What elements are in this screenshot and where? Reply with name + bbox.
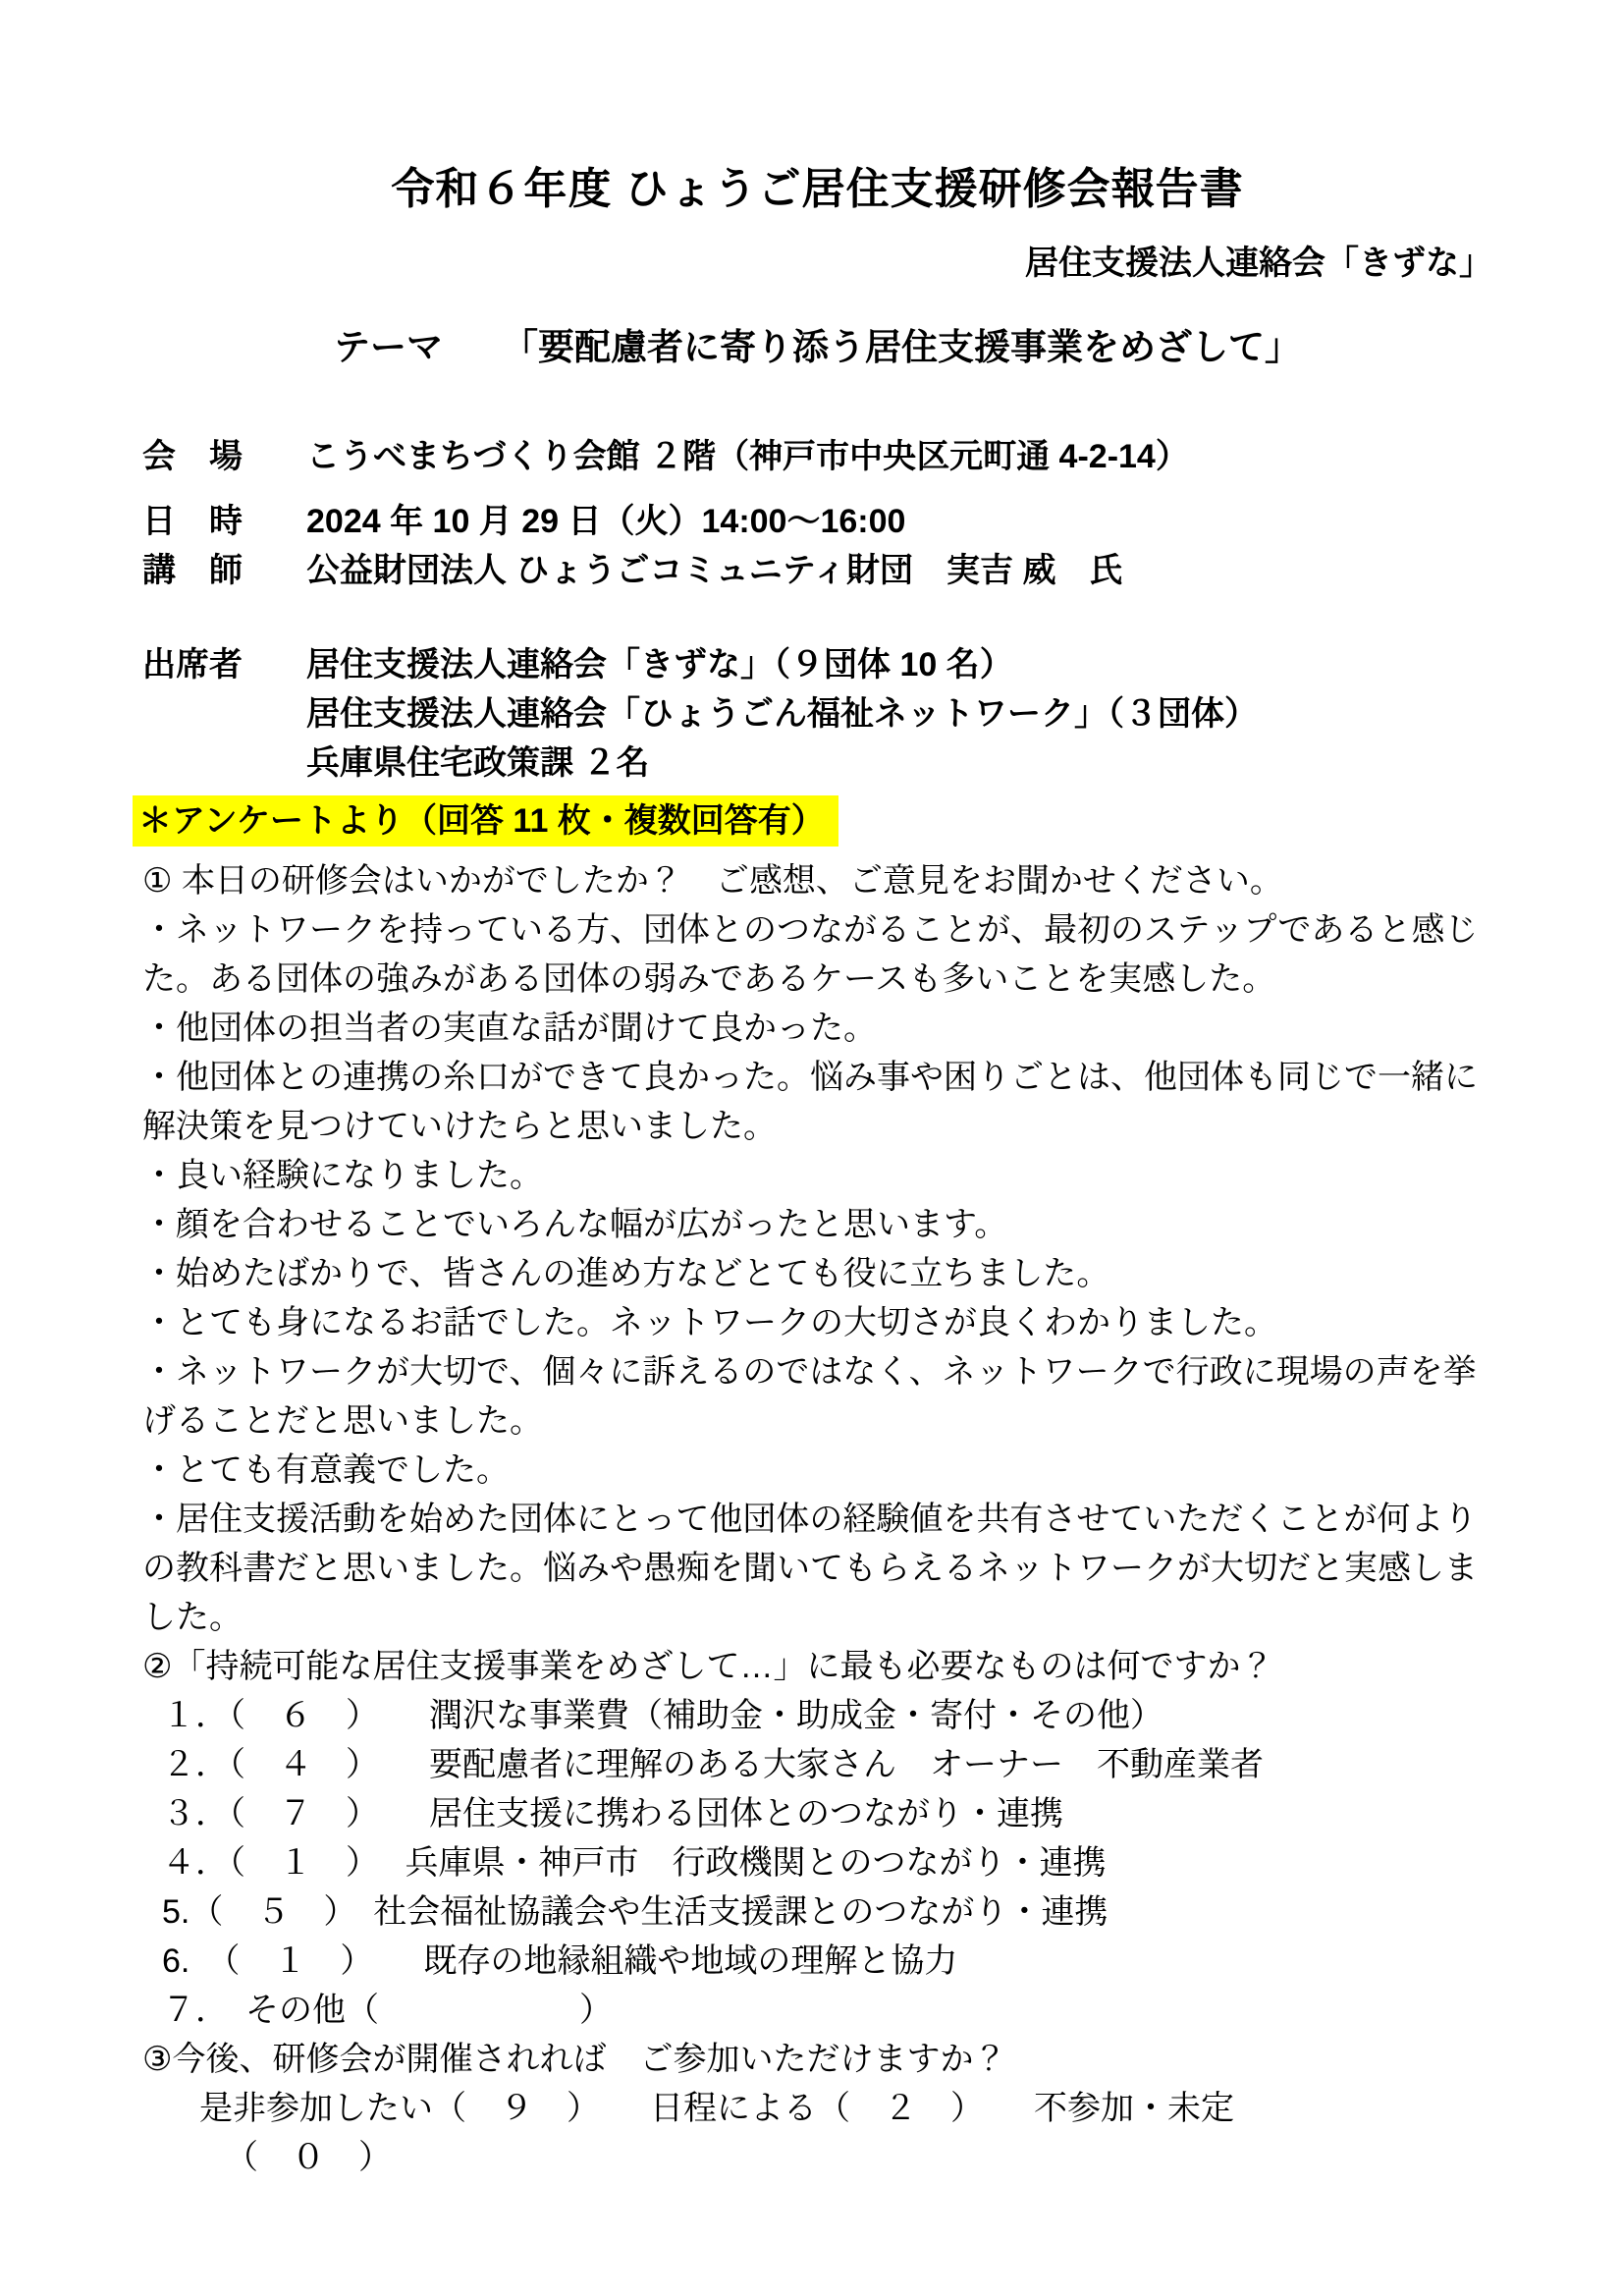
q1-answer: ・とても身になるお話でした。ネットワークの大切さが良くわかりました。: [142, 1298, 1492, 1347]
venue-value: こうべまちづくり会館 ２階（神戸市中央区元町通 4-2-14）: [306, 438, 1189, 475]
q1-answer: ・始めたばかりで、皆さんの進め方などとても役に立ちました。: [142, 1249, 1492, 1298]
meta-row-datetime: 日 時2024 年 10 月 29 日（火）14:00～16:00: [142, 497, 1492, 546]
q2-option: ３．（ ７ ） 居住支援に携わる団体とのつながり・連携: [142, 1789, 1492, 1838]
q3-answer-line-2: （ ０ ）: [225, 2133, 1492, 2182]
survey-note-line: ＊アンケートより（回答 11 枚・複数回答有）: [142, 795, 1492, 847]
attendees-label: 出席者: [142, 640, 306, 689]
q1-answer: ・居住支援活動を始めた団体にとって他団体の経験値を共有させていただくことが何より…: [142, 1495, 1492, 1642]
q1-question: ① 本日の研修会はいかがでしたか？ ご感想、ご意見をお聞かせください。: [142, 856, 1492, 905]
q2-option: 6. （ １ ） 既存の地縁組織や地域の理解と協力: [142, 1937, 1492, 1986]
q2-option: ４．（ １ ） 兵庫県・神戸市 行政機関とのつながり・連携: [142, 1838, 1492, 1887]
q2-option: ２．（ ４ ） 要配慮者に理解のある大家さん オーナー 不動産業者: [142, 1740, 1492, 1789]
theme-line: テーマ「要配慮者に寄り添う居住支援事業をめざして」: [142, 324, 1492, 371]
q1-answer: ・とても有意義でした。: [142, 1446, 1492, 1495]
q3-answer-line-1: 是非参加したい（ ９ ） 日程による（ ２ ） 不参加・未定: [199, 2084, 1492, 2133]
theme-text: 「要配慮者に寄り添う居住支援事業をめざして」: [502, 327, 1301, 367]
lecturer-value: 公益財団法人 ひょうごコミュニティ財団 実吉 威 氏: [306, 552, 1123, 589]
meta-row-lecturer: 講 師公益財団法人 ひょうごコミュニティ財団 実吉 威 氏: [142, 546, 1492, 595]
organization-name: 居住支援法人連絡会「きずな」: [142, 242, 1492, 285]
theme-label: テーマ: [334, 327, 443, 367]
attendee-line: 居住支援法人連絡会「ひょうごん福祉ネットワーク」（３団体）: [306, 695, 1258, 733]
q3-question: ③今後、研修会が開催されれば ご参加いただけますか？: [142, 2035, 1492, 2084]
report-page: 令和６年度 ひょうご居住支援研修会報告書 居住支援法人連絡会「きずな」 テーマ「…: [0, 0, 1622, 2296]
page-title: 令和６年度 ひょうご居住支援研修会報告書: [142, 163, 1492, 216]
q1-answer: ・良い経験になりました。: [142, 1151, 1492, 1200]
attendees-row-1: 出席者居住支援法人連絡会「きずな」（９団体 10 名）: [142, 640, 1492, 689]
q2-option: 5.（ ５ ） 社会福祉協議会や生活支援課とのつながり・連携: [142, 1887, 1492, 1937]
q2-question: ②「持続可能な居住支援事業をめざして…」に最も必要なものは何ですか？: [142, 1642, 1492, 1691]
q1-answer: ・他団体の担当者の実直な話が聞けて良かった。: [142, 1004, 1492, 1053]
datetime-value: 2024 年 10 月 29 日（火）14:00～16:00: [306, 503, 905, 540]
q2-option: １．（ ６ ） 潤沢な事業費（補助金・助成金・寄付・その他）: [142, 1691, 1492, 1740]
survey-note-highlight: ＊アンケートより（回答 11 枚・複数回答有）: [133, 795, 838, 847]
q1-answer: ・ネットワークを持っている方、団体とのつながることが、最初のステップであると感じ…: [142, 905, 1492, 1004]
venue-label: 会 場: [142, 432, 306, 481]
attendee-line: 居住支援法人連絡会「きずな」（９団体 10 名）: [306, 646, 1013, 683]
meta-row-venue: 会 場こうべまちづくり会館 ２階（神戸市中央区元町通 4-2-14）: [142, 432, 1492, 481]
q1-answer: ・顔を合わせることでいろんな幅が広がったと思います。: [142, 1200, 1492, 1249]
attendees-row-3: 兵庫県住宅政策課 ２名: [142, 738, 1492, 788]
datetime-label: 日 時: [142, 497, 306, 546]
attendee-line: 兵庫県住宅政策課 ２名: [306, 744, 649, 782]
q1-answer: ・ネットワークが大切で、個々に訴えるのではなく、ネットワークで行政に現場の声を挙…: [142, 1347, 1492, 1446]
q2-option: ７． その他（ ）: [142, 1986, 1492, 2035]
q1-answer: ・他団体との連携の糸口ができて良かった。悩み事や困りごとは、他団体も同じで一緒に…: [142, 1053, 1492, 1151]
lecturer-label: 講 師: [142, 546, 306, 595]
attendees-row-2: 居住支援法人連絡会「ひょうごん福祉ネットワーク」（３団体）: [142, 689, 1492, 738]
